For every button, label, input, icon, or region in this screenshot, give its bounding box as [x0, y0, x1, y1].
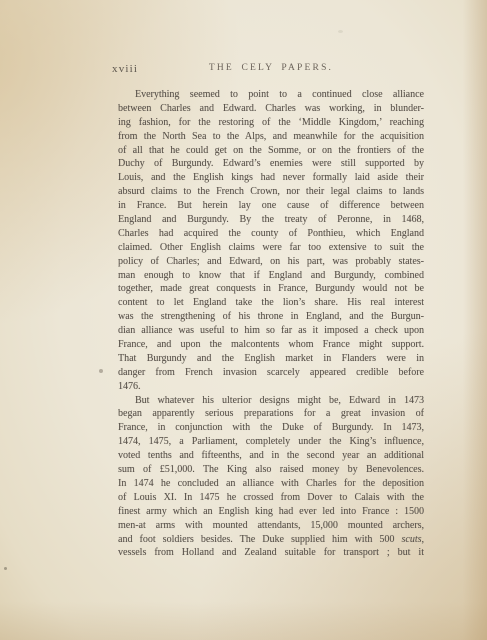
running-title: THE CELY PAPERS. — [118, 63, 424, 73]
text-line: in France. But herein lay one cause of d… — [118, 199, 424, 213]
text-line: 1476. — [118, 380, 424, 394]
scan-speck — [99, 369, 103, 373]
text-line: danger from French invasion scarcely app… — [118, 366, 424, 380]
text-line: dian alliance was useful to him so far a… — [118, 324, 424, 338]
text-line: absurd claims to the French Crown, nor t… — [118, 185, 424, 199]
text-line: ing fashion, for the restoring of the ‘M… — [118, 116, 424, 130]
text-line: England and Burgundy. By the treaty of P… — [118, 213, 424, 227]
text-line: sum of £51,000. The King also raised mon… — [118, 463, 424, 477]
text-line: Duchy of Burgundy. Edward’s enemies were… — [118, 157, 424, 171]
text-line: Charles had acquired the county of Ponth… — [118, 227, 424, 241]
text-line: began apparently serious preparations fo… — [118, 407, 424, 421]
text-line: 1474, 1475, a Parliament, completely und… — [118, 435, 424, 449]
text-line: men-at arms with mounted attendants, 15,… — [118, 519, 424, 533]
text-line: France, in conjunction with the Duke of … — [118, 421, 424, 435]
text-line: In 1474 he concluded an alliance with Ch… — [118, 477, 424, 491]
text-line: Louis, and the English kings had never f… — [118, 171, 424, 185]
scanned-page: xviii THE CELY PAPERS. Everything seemed… — [0, 0, 487, 640]
text-line: was the strengthening of his throne in E… — [118, 310, 424, 324]
text-line: That Burgundy and the English market in … — [118, 352, 424, 366]
text-line: claimed. Other English claims were far t… — [118, 241, 424, 255]
text-line: together, made great conquests in France… — [118, 282, 424, 296]
text-line: from the North Sea to the Alps, and mean… — [118, 130, 424, 144]
text-line: But whatever his ulterior designs might … — [118, 394, 424, 408]
text-line: of all that he could get on the Somme, o… — [118, 144, 424, 158]
text-line: finest army which an English king had ev… — [118, 505, 424, 519]
page-header: xviii THE CELY PAPERS. — [118, 62, 424, 76]
text-line: man enough to know that if England and B… — [118, 269, 424, 283]
text-line: France, and upon the malcontents whom Fr… — [118, 338, 424, 352]
text-line: voted tenths and fifteenths, and in the … — [118, 449, 424, 463]
text-line: policy of Charles; and Edward, on his pa… — [118, 255, 424, 269]
text-line: vessels from Holland and Zealand suitabl… — [118, 546, 424, 560]
text-block: Everything seemed to point to a continue… — [118, 88, 424, 560]
text-line: Everything seemed to point to a continue… — [118, 88, 424, 102]
text-line: of Louis XI. In 1475 he crossed from Dov… — [118, 491, 424, 505]
text-line: content to let England take the lion’s s… — [118, 296, 424, 310]
text-line: between Charles and Edward. Charles was … — [118, 102, 424, 116]
text-line: and foot soldiers besides. The Duke supp… — [118, 533, 424, 547]
scan-speck — [4, 567, 7, 570]
scan-speck — [338, 30, 343, 33]
